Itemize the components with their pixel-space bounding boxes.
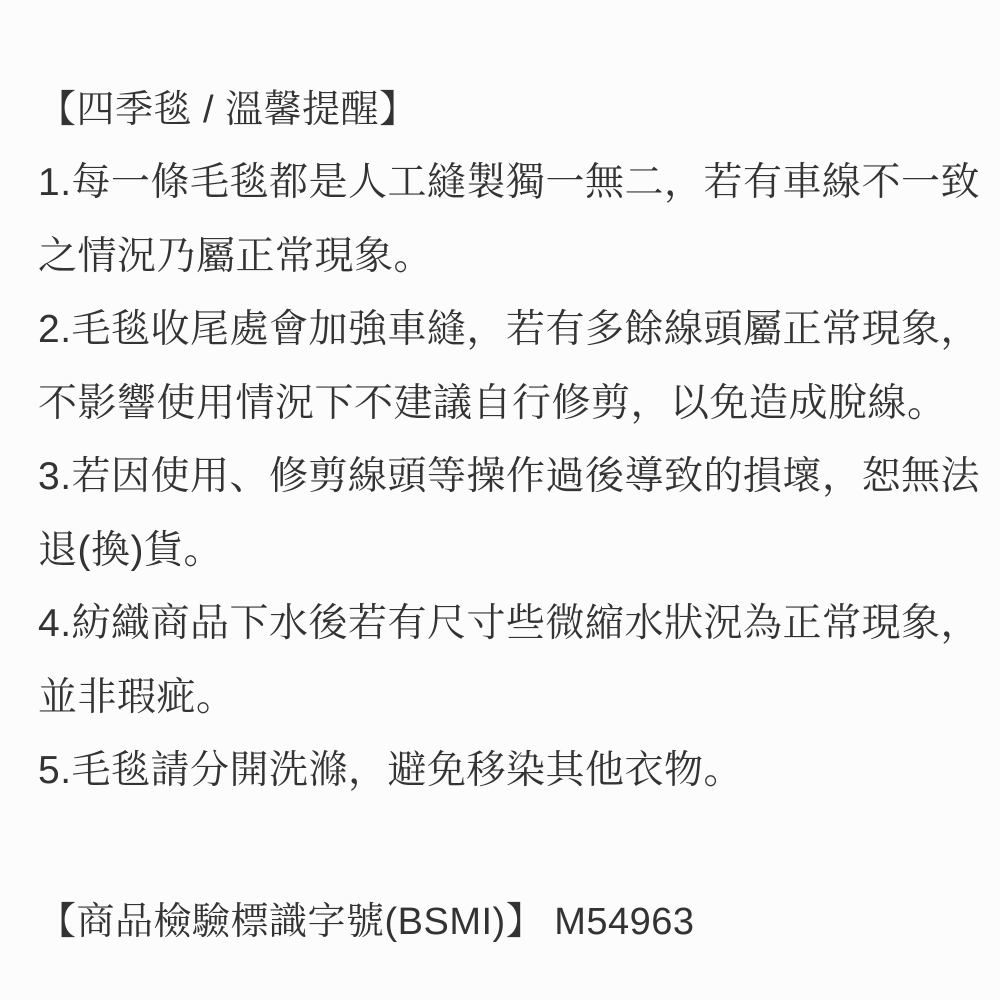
bsmi-label: 【商品檢驗標識字號(BSMI)】 — [38, 901, 544, 943]
product-notice-page: 【四季毯 / 溫馨提醒】 1.每一條毛毯都是人工縫製獨一無二，若有車線不一致 之… — [0, 0, 1000, 1000]
notice-body: 1.每一條毛毯都是人工縫製獨一無二，若有車線不一致 之情況乃屬正常現象。 2.毛… — [38, 146, 990, 808]
notice-line: 1.每一條毛毯都是人工縫製獨一無二，若有車線不一致 — [38, 146, 990, 220]
bsmi-line: 【商品檢驗標識字號(BSMI)】M54963 — [38, 899, 695, 945]
notice-line: 並非瑕疵。 — [38, 661, 990, 735]
notice-line: 之情況乃屬正常現象。 — [38, 220, 990, 294]
notice-line: 3.若因使用、修剪線頭等操作過後導致的損壞，恕無法 — [38, 440, 990, 514]
notice-line: 2.毛毯收尾處會加強車縫，若有多餘線頭屬正常現象， — [38, 293, 990, 367]
notice-line: 4.紡織商品下水後若有尺寸些微縮水狀況為正常現象， — [38, 587, 990, 661]
notice-line: 不影響使用情況下不建議自行修剪，以免造成脫線。 — [38, 367, 990, 441]
notice-line: 5.毛毯請分開洗滌，避免移染其他衣物。 — [38, 734, 990, 808]
notice-line: 退(換)貨。 — [38, 514, 990, 588]
bsmi-code: M54963 — [554, 901, 694, 943]
notice-title: 【四季毯 / 溫馨提醒】 — [38, 88, 418, 132]
